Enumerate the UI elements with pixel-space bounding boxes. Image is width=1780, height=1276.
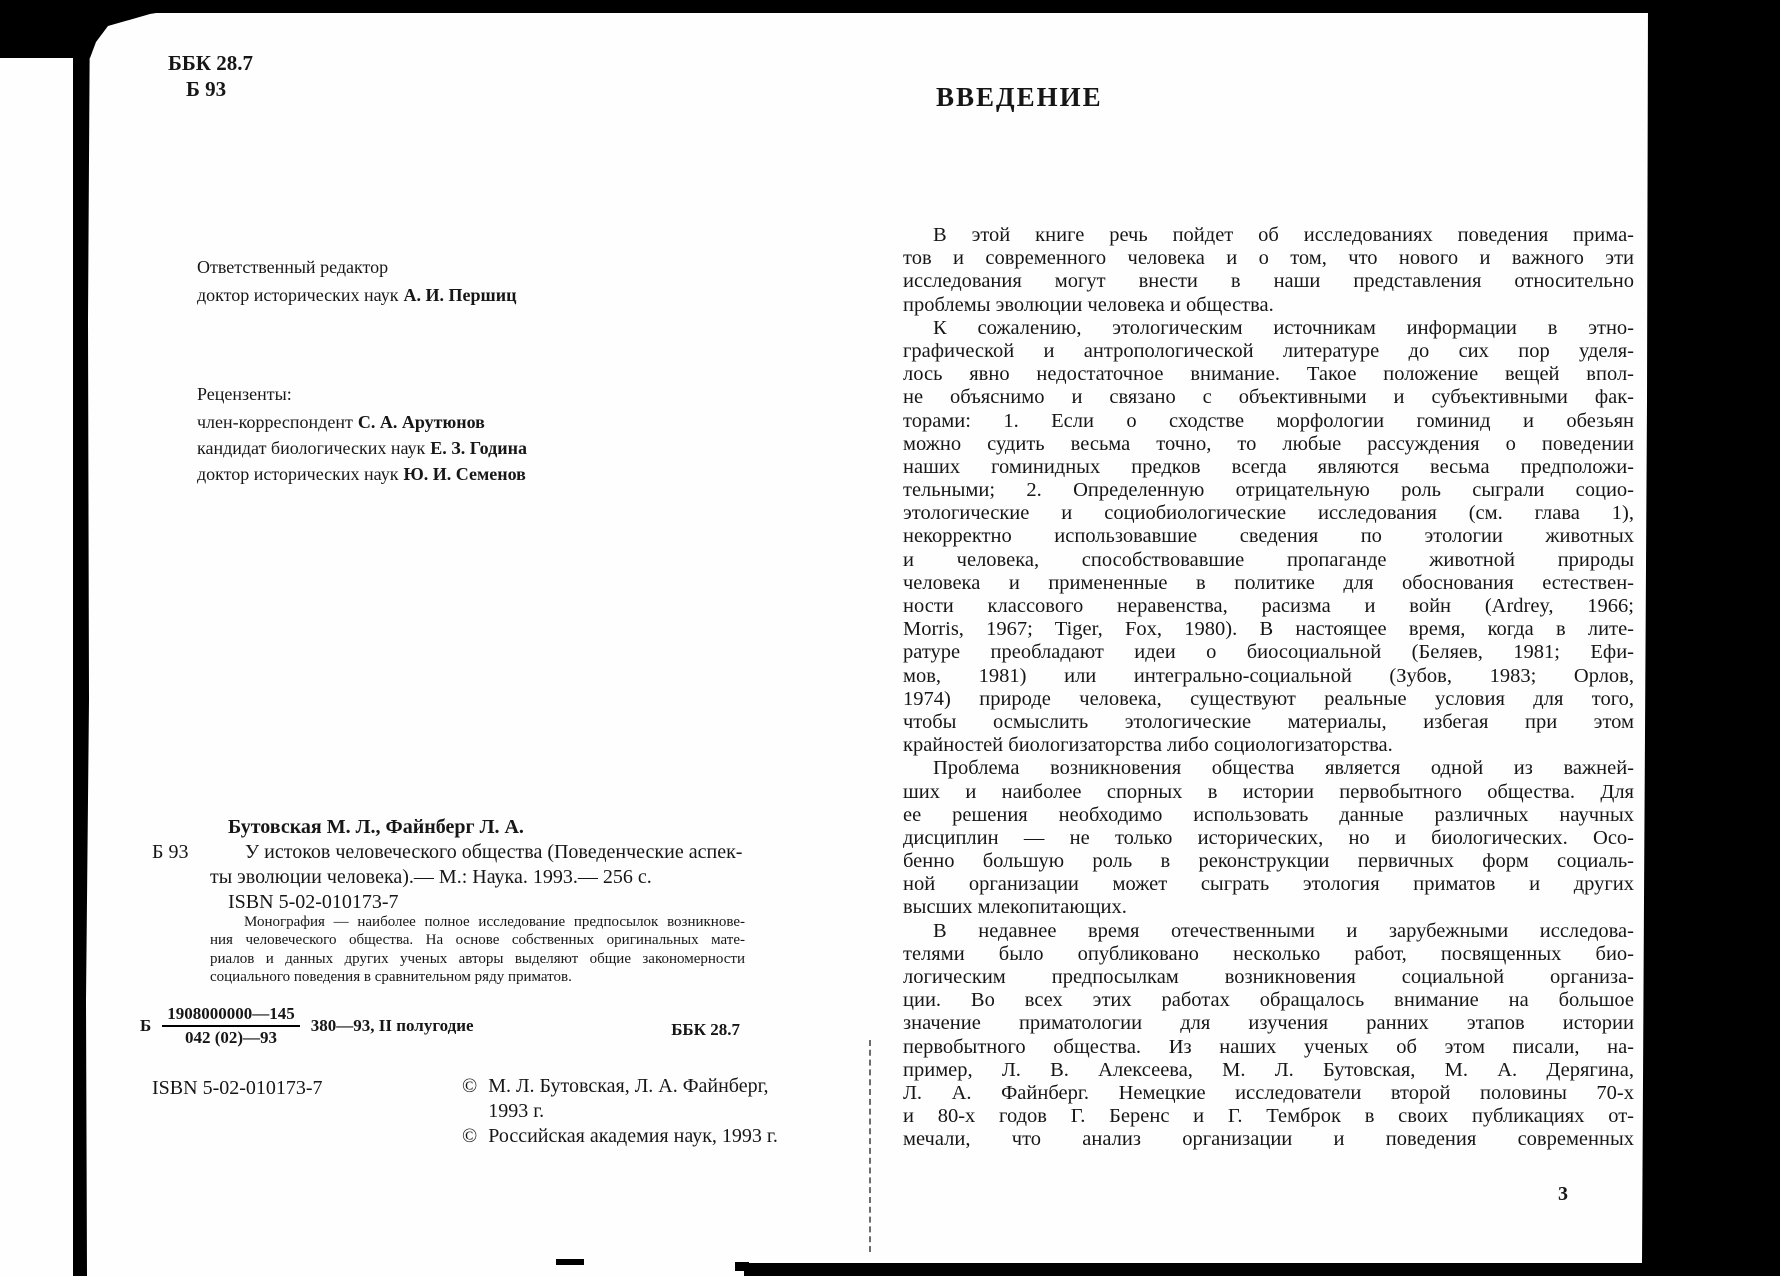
text-line: Л. А. Файнберг. Немецкие исследователи в… xyxy=(903,1082,1634,1105)
text-line: ратуре преобладают идеи о биосоциальной … xyxy=(903,641,1634,664)
text-line: проблемы эволюции человека и общества. xyxy=(903,294,1634,317)
copyright-icon: © xyxy=(462,1124,477,1149)
scan-top-edge xyxy=(0,0,1780,13)
text-line: ее решения необходимо использовать данны… xyxy=(903,804,1634,827)
text-line: ной организации может сыграть этология п… xyxy=(903,873,1634,896)
annotation: Монография — наиболее полное исследовани… xyxy=(210,913,745,986)
text-line: ции. Во всех этих работах обращалось вни… xyxy=(903,989,1634,1012)
editor-role: Ответственный редактор xyxy=(197,253,516,281)
text-line: пример, Л. В. Алексеева, М. Л. Бутовская… xyxy=(903,1059,1634,1082)
scan-speck xyxy=(556,1259,584,1265)
text-line: высших млекопитающих. xyxy=(903,896,1634,919)
copyright-text: Российская академия наук, 1993 г. xyxy=(488,1124,778,1149)
text-line: крайностей биологизаторства либо социоло… xyxy=(903,734,1634,757)
editor-degree: доктор исторических наук xyxy=(197,285,399,305)
reviewer-line: доктор исторических наукЮ. И. Семенов xyxy=(197,461,527,487)
text-line: исследования могут внести в наши предста… xyxy=(903,270,1634,293)
text-line: человека и примененные в политике для об… xyxy=(903,572,1634,595)
text-line: В недавнее время отечественными и зарубе… xyxy=(903,920,1634,943)
text-line: значение приматологии для изучения ранни… xyxy=(903,1012,1634,1035)
text-line: К сожалению, этологическим источникам ин… xyxy=(903,317,1634,340)
editor-line: доктор исторических наукА. И. Першиц xyxy=(197,281,516,309)
text-line: бенно большую роль в реконструкции перви… xyxy=(903,850,1634,873)
catalog-card-number: Б 1908000000—145 042 (02)—93 380—93, II … xyxy=(140,1004,474,1048)
catalog-prefix: Б xyxy=(140,1016,151,1036)
reviewer-name: С. А. Арутюнов xyxy=(358,412,485,432)
catalog-suffix: 380—93, II полугодие xyxy=(311,1016,474,1036)
scan-left-edge xyxy=(73,0,90,1276)
citation-title-line2: ты эволюции человека).— М.: Наука. 1993.… xyxy=(210,866,652,889)
author-mark-code: Б 93 xyxy=(168,76,253,102)
text-line: можно судить весьма точно, то любые расс… xyxy=(903,433,1634,456)
scan-bottom-edge xyxy=(744,1263,1780,1276)
copyright-icon: © xyxy=(462,1074,477,1124)
text-line: мечали, что анализ организации и поведен… xyxy=(903,1128,1634,1151)
text-line: логическим предпосылкам возникновения со… xyxy=(903,966,1634,989)
text-line: телями было опубликовано несколько работ… xyxy=(903,943,1634,966)
text-line: Проблема возникновения общества является… xyxy=(903,757,1634,780)
text-line: торами: 1. Если о сходстве морфологии го… xyxy=(903,410,1634,433)
text-line: тов и современного человека и о том, что… xyxy=(903,247,1634,270)
reviewer-degree: член-корреспондент xyxy=(197,412,353,432)
reviewer-name: Е. З. Година xyxy=(430,438,527,458)
text-line: первобытного общества. Из наших ученых о… xyxy=(903,1036,1634,1059)
reviewer-degree: доктор исторических наук xyxy=(197,464,399,484)
text-line: В этой книге речь пойдет об исследования… xyxy=(903,224,1634,247)
editor-name: А. И. Першиц xyxy=(404,285,517,305)
text-line: тельными; 2. Определенную отрицательную … xyxy=(903,479,1634,502)
book-spread-scan: ББК 28.7 Б 93 Ответственный редактор док… xyxy=(0,0,1780,1276)
bbk-code: ББК 28.7 xyxy=(168,50,253,76)
citation-isbn: ISBN 5-02-010173-7 xyxy=(228,891,399,914)
annotation-line: социального поведения в сравнительном ря… xyxy=(210,968,745,986)
text-line: и 80-х годов Г. Беренс и Г. Темброк в св… xyxy=(903,1105,1634,1128)
text-line: этологические и социобиологические иссле… xyxy=(903,502,1634,525)
citation-authors: Бутовская М. Л., Файнберг Л. А. xyxy=(228,816,524,839)
copyright-section: ©М. Л. Бутовская, Л. А. Файнберг, 1993 г… xyxy=(462,1074,778,1149)
page-number: 3 xyxy=(1558,1183,1568,1206)
text-line: лось явно недостаточное внимание. Такое … xyxy=(903,363,1634,386)
catalog-bbk: ББК 28.7 xyxy=(630,1020,740,1040)
text-line: некорректно использовавшие сведения по э… xyxy=(903,525,1634,548)
copyright-text: М. Л. Бутовская, Л. А. Файнберг, 1993 г. xyxy=(488,1074,768,1124)
isbn-number: ISBN 5-02-010173-7 xyxy=(152,1077,323,1100)
scan-speck xyxy=(735,1262,749,1271)
reviewers-list: член-корреспондентС. А. Арутюновкандидат… xyxy=(197,409,527,487)
annotation-line: ния человеческого общества. На основе со… xyxy=(210,931,745,949)
reviewer-line: кандидат биологических наукЕ. З. Година xyxy=(197,435,527,461)
copyright-entry: ©Российская академия наук, 1993 г. xyxy=(462,1124,778,1149)
editor-section: Ответственный редактор доктор историческ… xyxy=(197,253,516,309)
text-line: наших гоминидных предков всегда являются… xyxy=(903,456,1634,479)
reviewer-degree: кандидат биологических наук xyxy=(197,438,425,458)
annotation-line: риалов и данных других ученых авторы выд… xyxy=(210,950,745,968)
annotation-line: Монография — наиболее полное исследовани… xyxy=(210,913,745,931)
text-line: ших и наиболее спорных в истории первобы… xyxy=(903,781,1634,804)
introduction-body: В этой книге речь пойдет об исследования… xyxy=(903,224,1634,1152)
spine-dotted-line xyxy=(869,1040,871,1252)
text-line: ности классового неравенства, расизма и … xyxy=(903,595,1634,618)
catalog-fraction: 1908000000—145 042 (02)—93 xyxy=(162,1004,300,1048)
citation-code: Б 93 xyxy=(152,841,188,864)
text-line: графической и антропологической литерату… xyxy=(903,340,1634,363)
citation-title-line1: У истоков человеческого общества (Поведе… xyxy=(245,841,742,864)
text-line: 1974) природе человека, существуют реаль… xyxy=(903,688,1634,711)
catalog-denominator: 042 (02)—93 xyxy=(185,1027,277,1048)
text-line: мов, 1981) или интегрально-социальной (З… xyxy=(903,665,1634,688)
reviewer-line: член-корреспондентС. А. Арутюнов xyxy=(197,409,527,435)
reviewers-heading: Рецензенты: xyxy=(197,384,292,405)
text-line: чтобы осмыслить этологические материалы,… xyxy=(903,711,1634,734)
page-title: ВВЕДЕНИЕ xyxy=(936,82,1103,113)
text-line: и человека, способствовавшие пропаганде … xyxy=(903,549,1634,572)
text-line: Morris, 1967; Tiger, Fox, 1980). В насто… xyxy=(903,618,1634,641)
reviewer-name: Ю. И. Семенов xyxy=(404,464,526,484)
scan-right-edge xyxy=(1642,0,1780,1276)
catalog-numerator: 1908000000—145 xyxy=(162,1004,300,1027)
text-line: не объяснимо и связано с объективными и … xyxy=(903,386,1634,409)
copyright-entry: ©М. Л. Бутовская, Л. А. Файнберг, 1993 г… xyxy=(462,1074,778,1124)
text-line: дисциплин — не только исторических, но и… xyxy=(903,827,1634,850)
bbk-header: ББК 28.7 Б 93 xyxy=(168,50,253,102)
